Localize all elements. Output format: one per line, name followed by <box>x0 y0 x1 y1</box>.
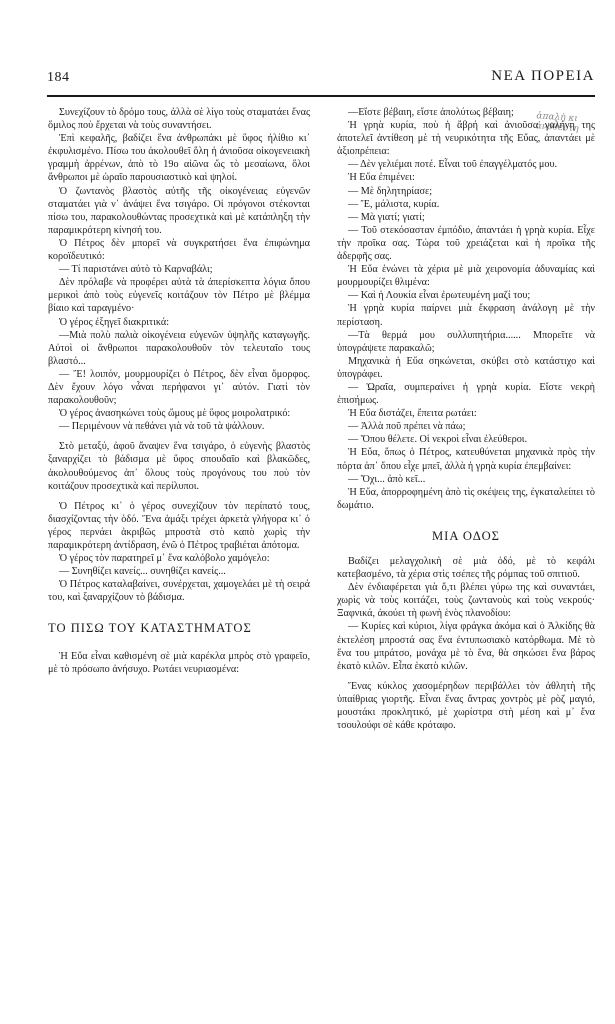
paragraph: Ὁ Πέτρος κι᾽ ὁ γέρος συνεχίζουν τὸν περί… <box>48 500 310 552</box>
paragraph: — Συνηθίζει κανείς... συνηθίζει κανείς..… <box>48 565 310 578</box>
paragraph: — Μὲ δηλητηρίασε; <box>337 185 595 198</box>
left-paragraphs-2: Στὸ μεταξύ, ἀφοῦ ἄναψεν ἕνα τσιγάρο, ὁ ε… <box>48 440 310 492</box>
paragraph: — Ἔ! λοιπόν, μουρμουρίζει ὁ Πέτρος, δὲν … <box>48 368 310 407</box>
paragraph: — Ἔ, μάλιστα, κυρία. <box>337 198 595 211</box>
paragraph: Ἡ Εὔα, ὅπως ὁ Πέτρος, κατευθύνεται μηχαν… <box>337 446 595 472</box>
paragraph: — Δὲν γελιέμαι ποτέ. Εἶναι τοῦ ἐπαγγέλμα… <box>337 158 595 171</box>
paragraph: Στὸ μεταξύ, ἀφοῦ ἄναψεν ἕνα τσιγάρο, ὁ ε… <box>48 440 310 492</box>
paragraph: Ὁ γέρος ἐξηγεῖ διακριτικά: <box>48 316 310 329</box>
paragraph: Ἡ Εὔα ἐπιμένει: <box>337 171 595 184</box>
page-number: 184 <box>47 70 70 86</box>
paragraph: — Τί παριστάνει αὐτὸ τὸ Καρναβάλι; <box>48 263 310 276</box>
left-paragraphs-1: Συνεχίζουν τὸ δρόμο τους, ἀλλὰ σὲ λίγο τ… <box>48 106 310 433</box>
paragraph: Ἡ Εὔα διστάζει, ἔπειτα ρωτάει: <box>337 407 595 420</box>
paragraph: Ὁ γέρος ἀνασηκώνει τοὺς ὤμους μὲ ὕφος μο… <box>48 407 310 420</box>
paragraph: Ἡ Εὔα ἑνώνει τὰ χέρια μὲ μιὰ χειρονομία … <box>337 263 595 289</box>
paragraph: Μηχανικὰ ἡ Εὔα σηκώνεται, σκύβει στὸ κατ… <box>337 355 595 381</box>
paragraph: Ὁ Πέτρος καταλαβαίνει, συνέρχεται, χαμογ… <box>48 578 310 604</box>
section-heading-a-street: ΜΙΑ ΟΔΟΣ <box>337 530 595 543</box>
paragraph: — Τοῦ στεκόσασταν ἐμπόδιο, ἀπαντάει ἡ γρ… <box>337 224 595 263</box>
paragraph: Βαδίζει μελαγχολικὴ σὲ μιὰ ὁδό, μὲ τὸ κε… <box>337 555 595 581</box>
paragraph: —Εἴστε βέβαιη, εἴστε ἀπολύτως βέβαιη; <box>337 106 595 119</box>
paragraph: —Μιὰ πολὺ παλιὰ οἰκογένεια εὐγενῶν ὑψηλῆ… <box>48 329 310 368</box>
header-rule <box>47 95 595 97</box>
paragraph: Ἡ Εὔα εἶναι καθισμένη σὲ μιὰ καρέκλα μπρ… <box>48 650 310 676</box>
right-section-paragraphs-2: Ἕνας κύκλος χασομέρηδων περιβάλλει τὸν ἀ… <box>337 680 595 732</box>
paragraph: Ἡ γρηὰ κυρία παίρνει μιὰ ἔκφραση ἀνάλογη… <box>337 302 595 328</box>
paragraph: Ἕνας κύκλος χασομέρηδων περιβάλλει τὸν ἀ… <box>337 680 595 732</box>
paragraph: — Ἀλλὰ ποῦ πρέπει νὰ πάω; <box>337 420 595 433</box>
paragraph: Συνεχίζουν τὸ δρόμο τους, ἀλλὰ σὲ λίγο τ… <box>48 106 310 132</box>
right-paragraphs-1: —Εἴστε βέβαιη, εἴστε ἀπολύτως βέβαιη;Ἡ γ… <box>337 106 595 512</box>
paragraph: — Ὅπου θέλετε. Οἱ νεκροὶ εἶναι ἐλεύθεροι… <box>337 433 595 446</box>
left-section-paragraphs: Ἡ Εὔα εἶναι καθισμένη σὲ μιὰ καρέκλα μπρ… <box>48 650 310 676</box>
section-heading-back-of-shop: ΤΟ ΠΙΣΩ ΤΟΥ ΚΑΤΑΣΤΗΜΑΤΟΣ <box>48 622 310 635</box>
paragraph: Ὁ Πέτρος δὲν μπορεῖ νὰ συγκρατήσει ἕνα ἐ… <box>48 237 310 263</box>
paragraph: Δὲν ἐνδιαφέρεται γιὰ ὅ,τι βλέπει γύρω τη… <box>337 581 595 620</box>
paragraph: Ἡ Εὔα, ἀπορροφημένη ἀπὸ τὶς σκέψεις της,… <box>337 486 595 512</box>
paragraph: Ὁ ζωντανὸς βλαστὸς αὐτῆς τῆς οἰκογένειας… <box>48 185 310 237</box>
paragraph: — Μὰ γιατί; γιατί; <box>337 211 595 224</box>
paragraph: Ἡ γρηὰ κυρία, ποὺ ἡ ἄβρή καὶ ἀνιοῦσα γαλ… <box>337 119 595 158</box>
paragraph: — Ὡραῖα, συμπεραίνει ἡ γρηὰ κυρία. Εἴστε… <box>337 381 595 407</box>
paragraph: — Καὶ ἡ Λουκία εἶναι ἐρωτευμένη μαζί του… <box>337 289 595 302</box>
left-paragraphs-3: Ὁ Πέτρος κι᾽ ὁ γέρος συνεχίζουν τὸν περί… <box>48 500 310 605</box>
paragraph: Ἐπὶ κεφαλῆς, βαδίζει ἕνα ἀνθρωπάκι μὲ ὕφ… <box>48 132 310 184</box>
journal-title: ΝΕΑ ΠΟΡΕΙΑ <box>491 68 595 85</box>
paragraph: Ὁ γέρος τὸν παρατηρεῖ μ᾽ ἕνα καλόβολο χα… <box>48 552 310 565</box>
paragraph: — Κυρίες καὶ κύριοι, λίγα φράγκα ἀκόμα κ… <box>337 620 595 672</box>
right-column: —Εἴστε βέβαιη, εἴστε ἀπολύτως βέβαιη;Ἡ γ… <box>337 106 595 732</box>
left-column: Συνεχίζουν τὸ δρόμο τους, ἀλλὰ σὲ λίγο τ… <box>48 106 310 676</box>
paragraph: —Τὰ θερμά μου συλλυπητήρια...... Μπορεῖτ… <box>337 329 595 355</box>
right-section-paragraphs-1: Βαδίζει μελαγχολικὴ σὲ μιὰ ὁδό, μὲ τὸ κε… <box>337 555 595 673</box>
paragraph: — Ὄχι... ἀπὸ κεῖ... <box>337 473 595 486</box>
paragraph: Δὲν πρόλαβε νὰ προφέρει αὐτὰ τὰ ἀπερίσκε… <box>48 276 310 315</box>
paragraph: — Περιμένουν νὰ πεθάνει γιὰ νὰ τοῦ τὰ ψά… <box>48 420 310 433</box>
